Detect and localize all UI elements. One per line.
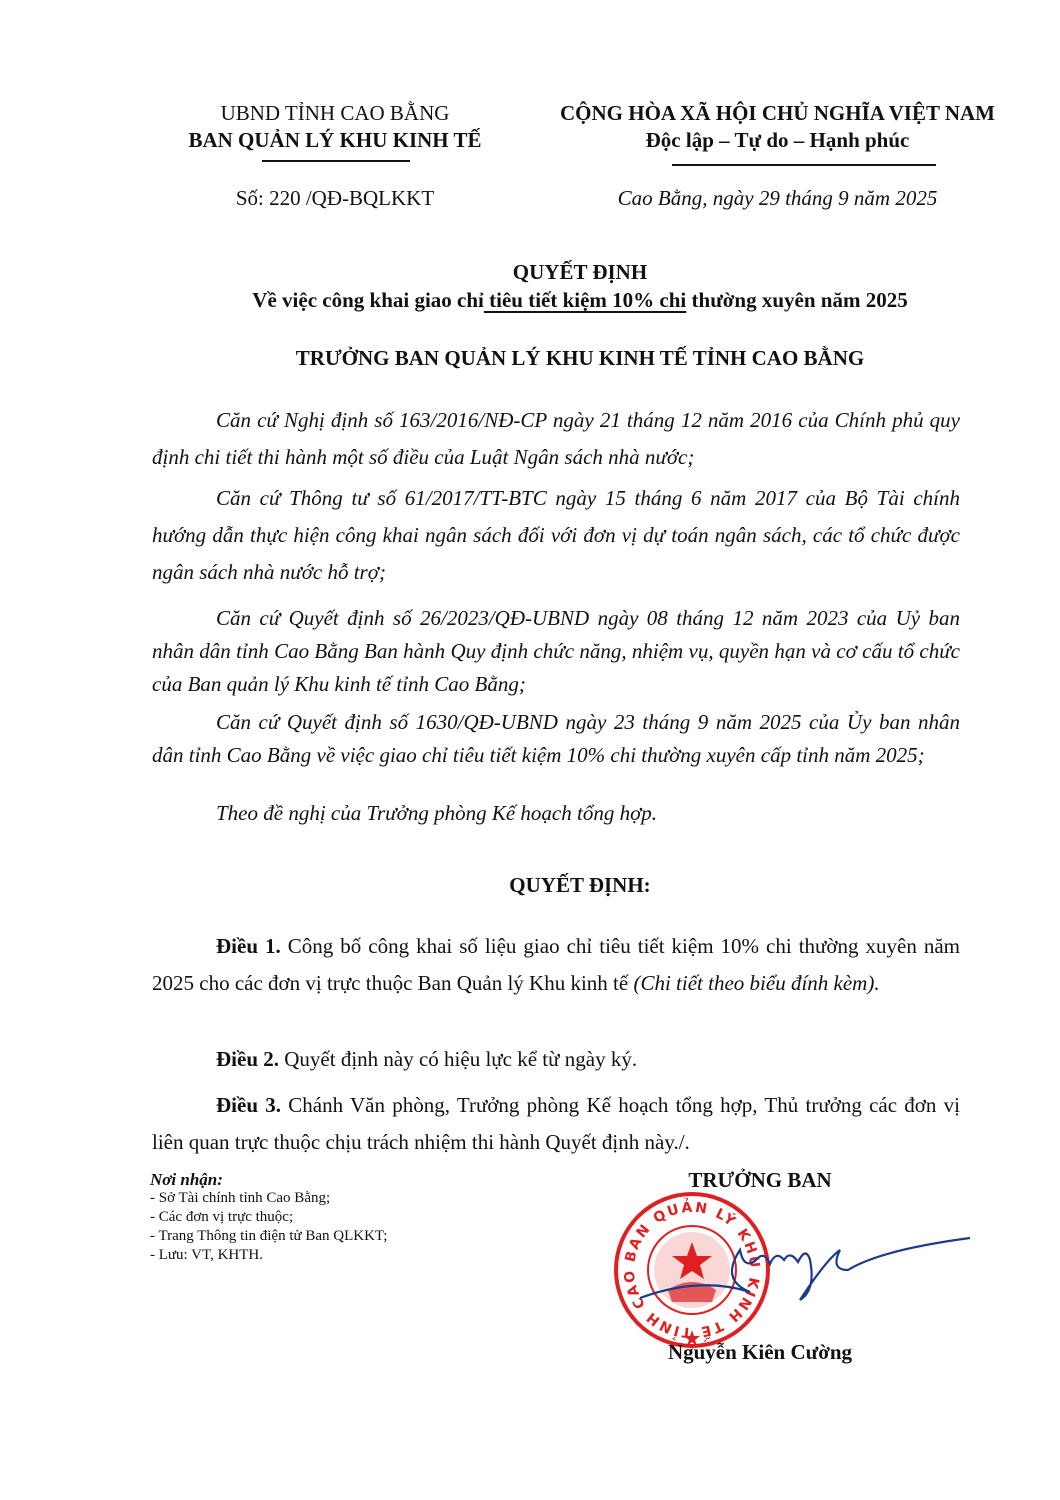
proposal-basis: Theo đề nghị của Trưởng phòng Kế hoạch t…	[152, 795, 960, 832]
organization-name: BAN QUẢN LÝ KHU KINH TẾ	[150, 127, 520, 154]
document-type: QUYẾT ĐỊNH	[140, 258, 1020, 286]
recipient-item: - Trang Thông tin điện tử Ban QLKKT;	[150, 1227, 387, 1246]
recipient-item: - Sở Tài chính tỉnh Cao Bằng;	[150, 1189, 387, 1208]
article-1: Điều 1. Công bố công khai số liệu giao c…	[152, 928, 960, 1002]
header-left-underline	[262, 160, 410, 162]
national-heading: CỘNG HÒA XÃ HỘI CHỦ NGHĨA VIỆT NAM Độc l…	[525, 100, 1030, 154]
decision-heading: QUYẾT ĐỊNH:	[140, 873, 1020, 898]
article-label: Điều 2.	[216, 1047, 279, 1071]
legal-basis-4: Căn cứ Quyết định số 1630/QĐ-UBND ngày 2…	[152, 706, 960, 772]
article-label: Điều 1.	[216, 934, 281, 958]
legal-basis-1: Căn cứ Nghị định số 163/2016/NĐ-CP ngày …	[152, 402, 960, 476]
place-date: Cao Bằng, ngày 29 tháng 9 năm 2025	[525, 186, 1030, 211]
parent-organization: UBND TỈNH CAO BẰNG	[150, 100, 520, 127]
issuing-authority: UBND TỈNH CAO BẰNG BAN QUẢN LÝ KHU KINH …	[150, 100, 520, 154]
recipient-item: - Các đơn vị trực thuộc;	[150, 1208, 387, 1227]
article-text: Quyết định này có hiệu lực kể từ ngày ký…	[279, 1047, 637, 1071]
document-number: Số: 220 /QĐ-BQLKKT	[150, 186, 520, 211]
recipients-label: Nơi nhận:	[150, 1170, 387, 1189]
subject-part: thường xuyên năm 2025	[686, 288, 907, 312]
country-name: CỘNG HÒA XÃ HỘI CHỦ NGHĨA VIỆT NAM	[525, 100, 1030, 127]
legal-basis-2: Căn cứ Thông tư số 61/2017/TT-BTC ngày 1…	[152, 480, 960, 591]
subject-part: Về việc công khai giao chỉ	[252, 288, 484, 312]
header-right-underline	[672, 164, 936, 166]
signer-name: Nguyễn Kiên Cường	[600, 1340, 920, 1365]
recipient-item: - Lưu: VT, KHTH.	[150, 1246, 387, 1265]
handwritten-signature-icon	[640, 1220, 970, 1310]
subject-underlined: tiêu tiết kiệm 10% chi	[484, 288, 686, 312]
national-motto: Độc lập – Tự do – Hạnh phúc	[525, 127, 1030, 154]
issuing-official-heading: TRƯỞNG BAN QUẢN LÝ KHU KINH TẾ TỈNH CAO …	[140, 346, 1020, 371]
article-2: Điều 2. Quyết định này có hiệu lực kể từ…	[152, 1041, 960, 1078]
recipients-block: Nơi nhận: - Sở Tài chính tỉnh Cao Bằng; …	[150, 1170, 387, 1265]
article-label: Điều 3.	[216, 1093, 281, 1117]
document-subject: Về việc công khai giao chỉ tiêu tiết kiệ…	[140, 286, 1020, 314]
document-title: QUYẾT ĐỊNH Về việc công khai giao chỉ ti…	[140, 258, 1020, 314]
article-3: Điều 3. Chánh Văn phòng, Trưởng phòng Kế…	[152, 1087, 960, 1161]
article-note: (Chi tiết theo biểu đính kèm).	[633, 971, 879, 995]
legal-basis-3: Căn cứ Quyết định số 26/2023/QĐ-UBND ngà…	[152, 602, 960, 701]
